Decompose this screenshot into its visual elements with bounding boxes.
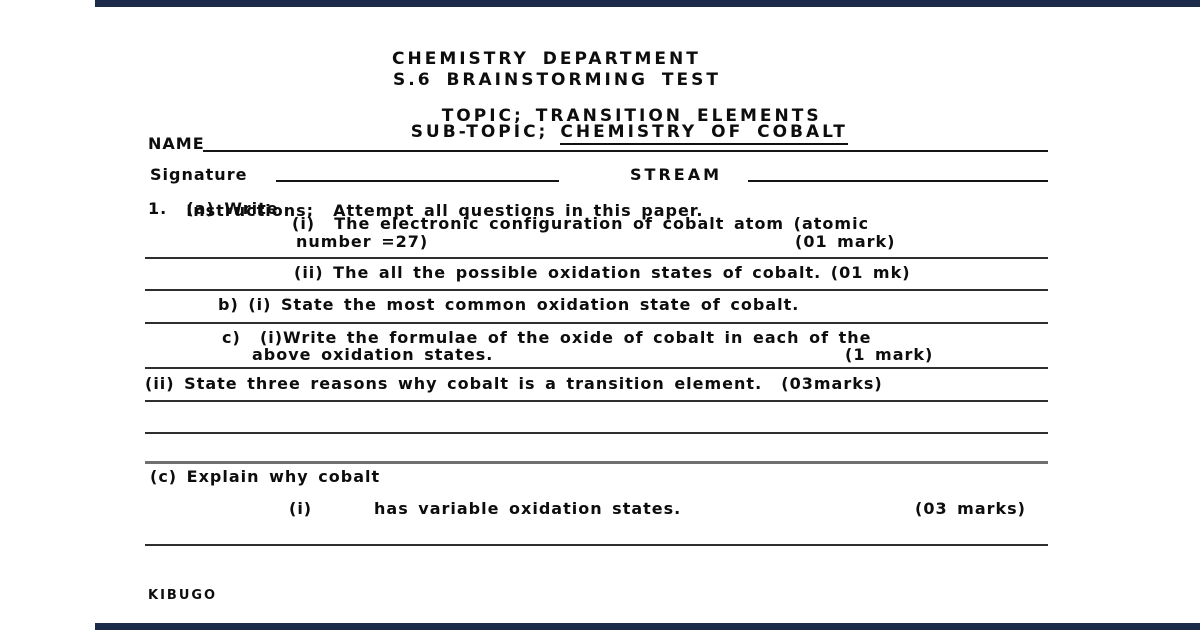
stream-blank-line: [748, 180, 1048, 182]
q1-b-i-line: b) (i) State the most common oxidation s…: [218, 296, 799, 314]
stream-label: STREAM: [630, 166, 722, 184]
name-blank-line: [203, 150, 1048, 152]
answer-line: [145, 367, 1048, 369]
q1-c-ii-line: (ii) State three reasons why cobalt is a…: [145, 375, 883, 393]
q1-c-i-line2: above oxidation states.: [252, 346, 493, 364]
subtopic-value: CHEMISTRY OF COBALT: [560, 122, 847, 145]
name-label: NAME: [148, 135, 205, 153]
answer-line: [145, 400, 1048, 402]
header-department: CHEMISTRY DEPARTMENT: [392, 50, 701, 69]
header-test-title: S.6 BRAINSTORMING TEST: [393, 71, 721, 90]
signature-blank-line: [276, 180, 559, 182]
q1-a-i-line1: (i) The electronic configuration of coba…: [292, 215, 869, 233]
answer-line: [145, 461, 1048, 464]
answer-line: [145, 289, 1048, 291]
answer-line: [145, 432, 1048, 434]
q1-c-i-marks: (1 mark): [845, 346, 933, 364]
q1-c-explain-i-text: has variable oxidation states.: [374, 500, 681, 518]
subtopic-label: SUB-TOPIC;: [411, 122, 549, 142]
signature-label: Signature: [150, 166, 247, 184]
q1-a-i-marks: (01 mark): [795, 233, 895, 251]
q1-c-explain-heading: (c) Explain why cobalt: [150, 468, 380, 486]
top-accent-bar: [95, 0, 1200, 7]
question-1-intro: 1. (a) Write: [148, 200, 279, 218]
answer-line: [145, 257, 1048, 259]
q1-a-i-line2: number =27): [296, 233, 428, 251]
answer-line: [145, 544, 1048, 546]
q1-c-explain-i-marks: (03 marks): [915, 500, 1026, 518]
answer-line: [145, 322, 1048, 324]
q1-c-i-line1: c) (i)Write the formulae of the oxide of…: [222, 329, 872, 347]
footer-author: KIBUGO: [148, 589, 217, 603]
bottom-accent-bar: [95, 623, 1200, 630]
document-card: CHEMISTRY DEPARTMENT S.6 BRAINSTORMING T…: [0, 0, 1200, 630]
q1-c-explain-i-number: (i): [289, 500, 312, 518]
q1-a-ii-line: (ii) The all the possible oxidation stat…: [294, 264, 911, 282]
